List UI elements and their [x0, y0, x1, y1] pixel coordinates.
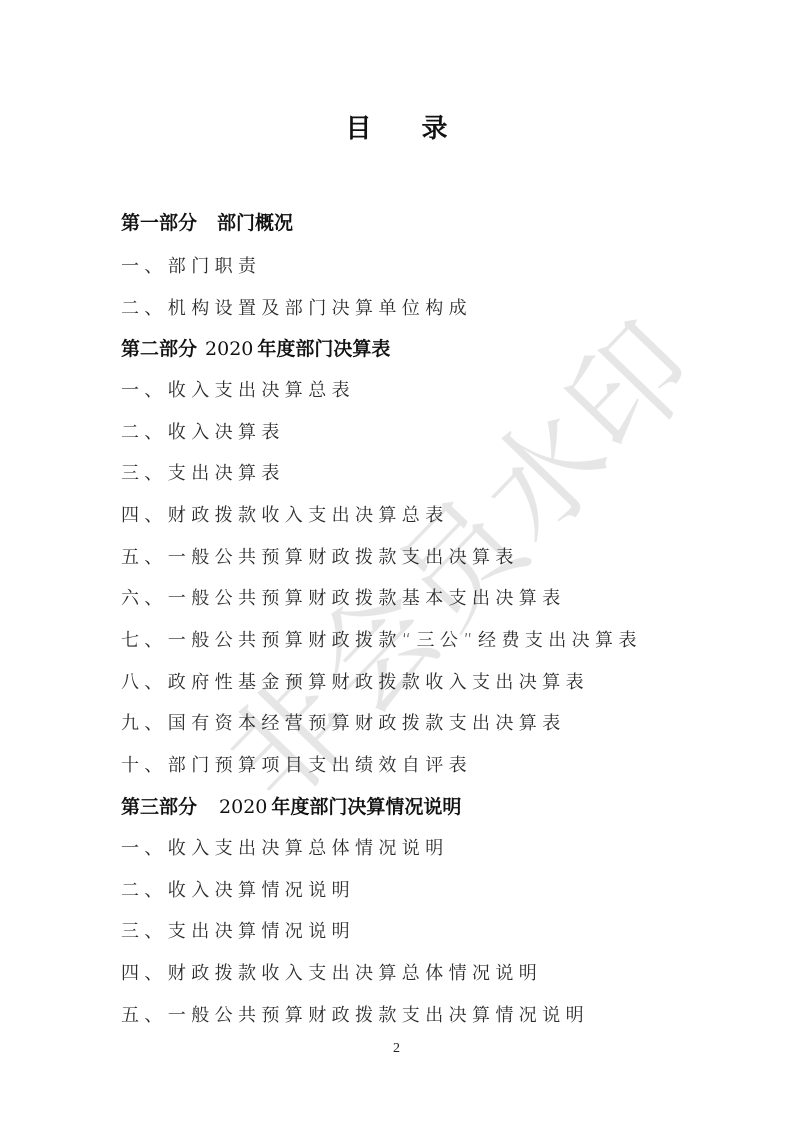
section-year: 2020: [219, 796, 267, 818]
toc-item[interactable]: 一、收入支出决算总表: [121, 376, 355, 402]
toc-section-part1[interactable]: 第一部分部门概况: [121, 208, 293, 235]
toc-item[interactable]: 七、一般公共预算财政拨款“三公”经费支出决算表: [121, 626, 642, 652]
toc-item[interactable]: 二、收入决算情况说明: [121, 876, 355, 902]
section-prefix: 第二部分: [121, 338, 197, 360]
toc-section-part3[interactable]: 第三部分2020年度部门决算情况说明: [121, 792, 461, 819]
section-title: 年度部门决算情况说明: [271, 796, 461, 818]
section-prefix: 第三部分: [121, 796, 197, 818]
section-prefix: 第一部分: [121, 212, 197, 234]
toc-item[interactable]: 二、收入决算表: [121, 418, 285, 444]
toc-item[interactable]: 六、一般公共预算财政拨款基本支出决算表: [121, 584, 566, 610]
document-page: 非会员水印 目录 第一部分部门概况 一、部门职责 二、机构设置及部门决算单位构成…: [0, 0, 793, 1122]
title-char-1: 目: [345, 114, 371, 144]
toc-item[interactable]: 四、财政拨款收入支出决算总表: [121, 501, 449, 527]
section-title: 部门概况: [217, 212, 293, 234]
toc-item[interactable]: 九、国有资本经营预算财政拨款支出决算表: [121, 709, 566, 735]
toc-item[interactable]: 五、一般公共预算财政拨款支出决算表: [121, 543, 519, 569]
toc-item[interactable]: 三、支出决算表: [121, 459, 285, 485]
toc-item[interactable]: 四、财政拨款收入支出决算总体情况说明: [121, 959, 542, 985]
toc-item[interactable]: 三、支出决算情况说明: [121, 917, 355, 943]
toc-section-part2[interactable]: 第二部分2020年度部门决算表: [121, 334, 390, 361]
toc-item[interactable]: 十、部门预算项目支出绩效自评表: [121, 751, 472, 777]
toc-item[interactable]: 五、一般公共预算财政拨款支出决算情况说明: [121, 1001, 589, 1027]
page-number: 2: [0, 1041, 793, 1057]
toc-item[interactable]: 一、收入支出决算总体情况说明: [121, 834, 449, 860]
toc-item[interactable]: 八、政府性基金预算财政拨款收入支出决算表: [121, 668, 589, 694]
toc-item[interactable]: 一、部门职责: [121, 252, 261, 278]
page-title: 目录: [0, 108, 793, 145]
section-title: 年度部门决算表: [257, 338, 390, 360]
toc-item[interactable]: 二、机构设置及部门决算单位构成: [121, 294, 472, 320]
title-char-2: 录: [422, 114, 448, 144]
section-year: 2020: [205, 338, 253, 360]
